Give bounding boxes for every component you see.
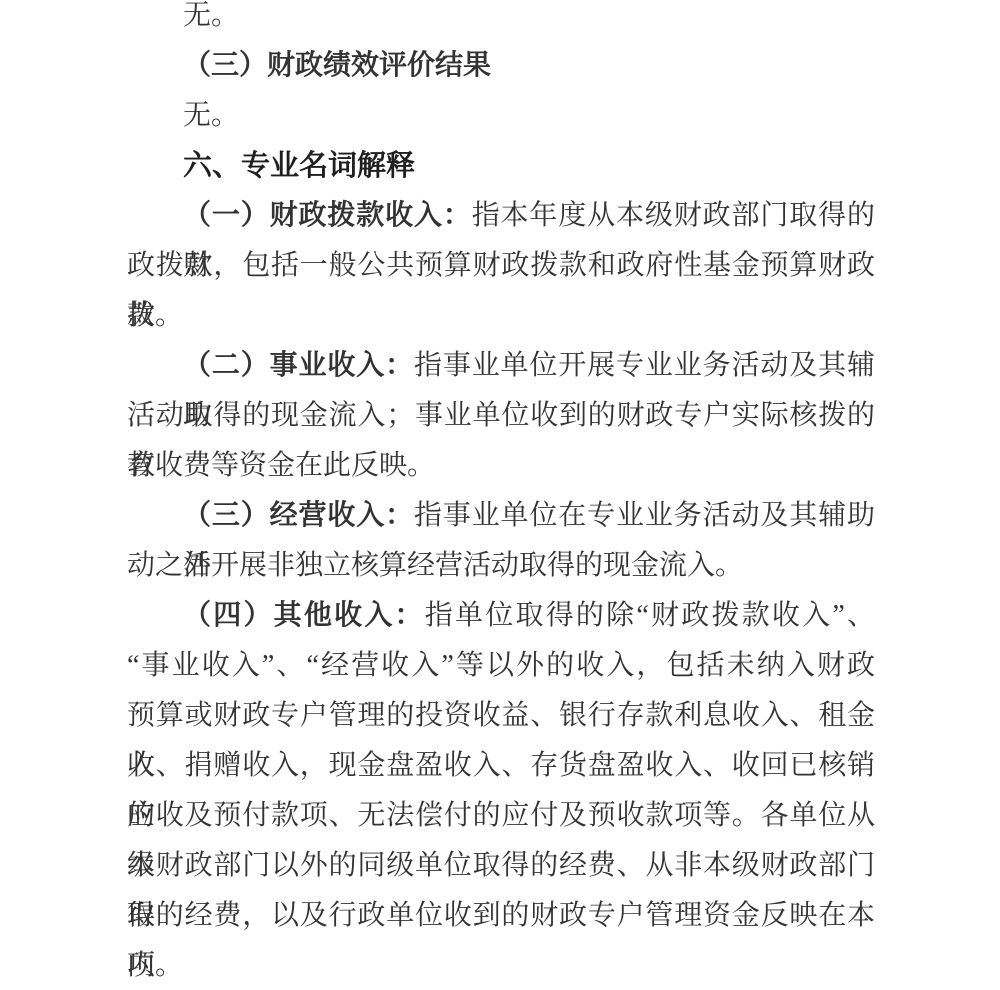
paragraph-line: 活动取得的现金流入；事业单位收到的财政专户实际核拨的教 <box>127 391 875 441</box>
paragraph-line: （四）其他收入：指单位取得的除“财政拨款收入”、 <box>127 591 875 641</box>
line-text: 无。 <box>183 100 239 131</box>
document-page: 无。 （三）财政绩效评价结果 无。 六、专业名词解释 （一）财政拨款收入：指本年… <box>0 0 1000 990</box>
paragraph-line: （二）事业收入：指事业单位开展专业业务活动及其辅助 <box>127 341 875 391</box>
paragraph-line: 动之外开展非独立核算经营活动取得的现金流入。 <box>127 541 875 591</box>
subsection-heading-text: （三）财政绩效评价结果 <box>183 50 491 81</box>
paragraph-line: “事业收入”、“经营收入”等以外的收入，包括未纳入财政 <box>127 641 875 691</box>
paragraph-line: （一）财政拨款收入：指本年度从本级财政部门取得的财 <box>127 191 875 241</box>
line-text: 款。 <box>127 300 183 331</box>
paragraph-line: 应收及预付款项、无法偿付的应付及预收款项等。各单位从本 <box>127 791 875 841</box>
term-label: （三）经营收入： <box>183 500 414 531</box>
subsection-heading: （三）财政绩效评价结果 <box>127 41 875 91</box>
line-text: 指单位取得的除“财政拨款收入”、 <box>425 600 875 631</box>
line-text: 动之外开展非独立核算经营活动取得的现金流入。 <box>127 550 743 581</box>
paragraph-line: 级财政部门以外的同级单位取得的经费、从非本级财政部门取 <box>127 841 875 891</box>
paragraph-line: 内。 <box>127 941 875 990</box>
section-heading-text: 六、专业名词解释 <box>183 150 415 182</box>
term-label: （四）其他收入： <box>183 600 425 631</box>
paragraph-line: 款。 <box>127 291 875 341</box>
paragraph-line: 预算或财政专户管理的投资收益、银行存款利息收入、租金收 <box>127 691 875 741</box>
paragraph-line: 政拨款，包括一般公共预算财政拨款和政府性基金预算财政拨 <box>127 241 875 291</box>
paragraph-line: 育收费等资金在此反映。 <box>127 441 875 491</box>
paragraph-line: （三）经营收入：指事业单位在专业业务活动及其辅助活 <box>127 491 875 541</box>
term-label: （一）财政拨款收入： <box>183 200 472 231</box>
paragraph-line: 无。 <box>127 0 875 41</box>
section-heading: 六、专业名词解释 <box>127 141 875 191</box>
document-body: 无。 （三）财政绩效评价结果 无。 六、专业名词解释 （一）财政拨款收入：指本年… <box>127 0 875 990</box>
paragraph-line: 得的经费，以及行政单位收到的财政专户管理资金反映在本项 <box>127 891 875 941</box>
paragraph-line: 入、捐赠收入，现金盘盈收入、存货盘盈收入、收回已核销的 <box>127 741 875 791</box>
line-text: 无。 <box>183 0 239 31</box>
term-label: （二）事业收入： <box>183 350 414 381</box>
line-text: 内。 <box>127 950 183 981</box>
line-text: 育收费等资金在此反映。 <box>127 450 435 481</box>
paragraph-line: 无。 <box>127 91 875 141</box>
line-text: “事业收入”、“经营收入”等以外的收入，包括未纳入财政 <box>127 650 875 681</box>
